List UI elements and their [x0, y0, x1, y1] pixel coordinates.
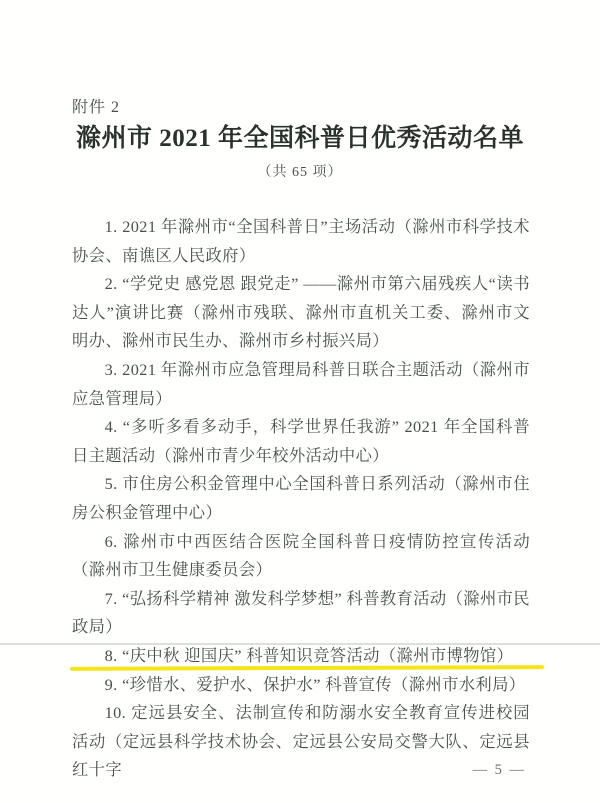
yellow-highlight-underline [70, 665, 544, 671]
page-number: — 5 — [0, 762, 526, 779]
list-item-5: 5. 市住房公积金管理中心全国科普日系列活动（滁州市住房公积金管理中心） [72, 470, 530, 527]
list-item-9: 9. “珍惜水、爱护水、保护水” 科普宣传（滁州市水利局） [72, 671, 530, 700]
list-item-text: 8. “庆中秋 迎国庆” 科普知识竞答活动（滁州市博物馆） [105, 646, 514, 665]
list-item-text: 6. 滁州市中西医结合医院全国科普日疫情防控宣传活动（滁州市卫生健康委员会） [72, 532, 530, 580]
list-item-1: 1. 2021 年滁州市“全国科普日”主场活动（滁州市科学技术协会、南谯区人民政… [72, 213, 530, 270]
attachment-label: 附件 2 [72, 94, 120, 117]
list-item-text: 2. “学党史 感党恩 跟党走” ——滁州市第六届残疾人“读书达人”演讲比赛（滁… [72, 274, 530, 350]
list-item-text: 3. 2021 年滁州市应急管理局科普日联合主题活动（滁州市应急管理局） [72, 360, 530, 408]
list-item-text: 7. “弘扬科学精神 激发科学梦想” 科普教育活动（滁州市民政局） [72, 589, 530, 637]
item-count-subtitle: （共 65 项） [0, 161, 600, 181]
list-item-3: 3. 2021 年滁州市应急管理局科普日联合主题活动（滁州市应急管理局） [72, 356, 530, 413]
list-item-2: 2. “学党史 感党恩 跟党走” ——滁州市第六届残疾人“读书达人”演讲比赛（滁… [72, 270, 530, 356]
list-item-8-highlighted: 8. “庆中秋 迎国庆” 科普知识竞答活动（滁州市博物馆） [72, 642, 530, 671]
list-item-text: 5. 市住房公积金管理中心全国科普日系列活动（滁州市住房公积金管理中心） [72, 474, 530, 522]
list-item-7: 7. “弘扬科学精神 激发科学梦想” 科普教育活动（滁州市民政局） [72, 585, 530, 642]
activity-list: 1. 2021 年滁州市“全国科普日”主场活动（滁州市科学技术协会、南谯区人民政… [72, 213, 530, 785]
list-item-text: 4. “多听多看多动手，科学世界任我游” 2021 年全国科普日主题活动（滁州市… [72, 417, 530, 465]
list-item-6: 6. 滁州市中西医结合医院全国科普日疫情防控宣传活动（滁州市卫生健康委员会） [72, 528, 530, 585]
list-item-text: 9. “珍惜水、爱护水、保护水” 科普宣传（滁州市水利局） [105, 675, 526, 694]
list-item-4: 4. “多听多看多动手，科学世界任我游” 2021 年全国科普日主题活动（滁州市… [72, 413, 530, 470]
list-item-text: 1. 2021 年滁州市“全国科普日”主场活动（滁州市科学技术协会、南谯区人民政… [72, 217, 530, 265]
page-title: 滁州市 2021 年全国科普日优秀活动名单 [0, 118, 600, 154]
